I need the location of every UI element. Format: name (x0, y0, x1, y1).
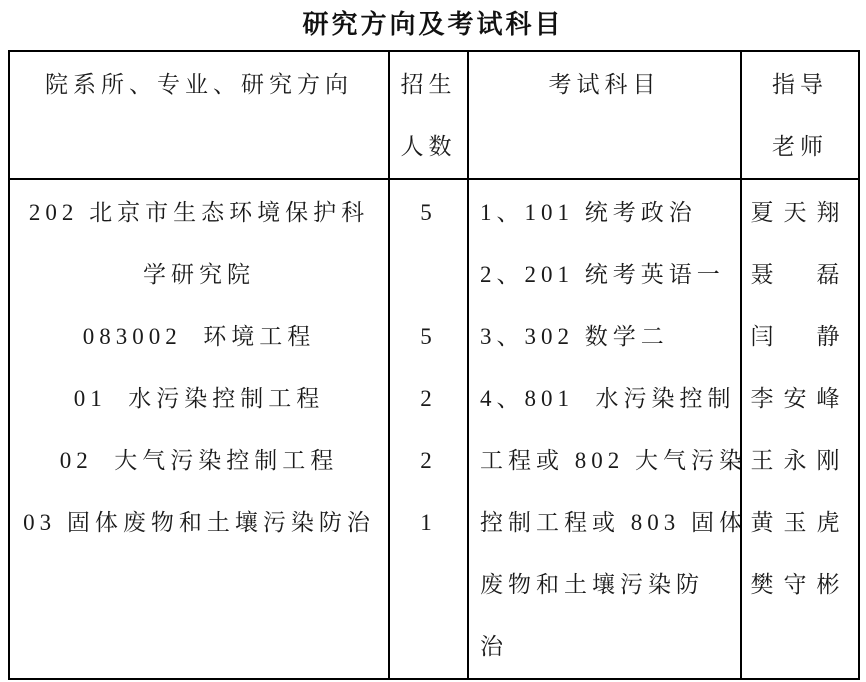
table-body-row: 202 北京市生态环境保护科 学研究院 083002 环境工程 01 水污染控制… (9, 179, 859, 679)
advisor-name: 李安峰 (742, 368, 858, 430)
program-line: 01 水污染控制工程 (10, 368, 388, 430)
header-advisors-label-line2: 老师 (742, 116, 858, 178)
document-page: 研究方向及考试科目 院系所、专业、研究方向 招生 人数 考试科目 指导 老师 (0, 0, 866, 682)
quota-value: 1 (390, 492, 467, 554)
subject-line: 2、201 统考英语一 (469, 244, 740, 306)
quota-value (390, 244, 467, 306)
subject-line: 3、302 数学二 (469, 306, 740, 368)
program-line: 02 大气污染控制工程 (10, 430, 388, 492)
page-title: 研究方向及考试科目 (0, 4, 866, 41)
body-cell-programs: 202 北京市生态环境保护科 学研究院 083002 环境工程 01 水污染控制… (9, 179, 389, 679)
advisor-name: 聂 磊 (742, 244, 858, 306)
quota-value: 2 (390, 368, 467, 430)
program-line: 03 固体废物和土壤污染防治 (10, 492, 388, 554)
quota-value: 5 (390, 182, 467, 244)
table-header-row: 院系所、专业、研究方向 招生 人数 考试科目 指导 老师 (9, 51, 859, 179)
header-cell-quota: 招生 人数 (389, 51, 468, 179)
program-line: 学研究院 (10, 244, 388, 306)
body-cell-subjects: 1、101 统考政治 2、201 统考英语一 3、302 数学二 4、801 水… (468, 179, 741, 679)
program-line: 083002 环境工程 (10, 306, 388, 368)
subject-line: 废物和土壤污染防 (469, 554, 740, 616)
header-cell-programs: 院系所、专业、研究方向 (9, 51, 389, 179)
subject-line: 控制工程或 803 固体 (469, 492, 740, 554)
advisor-name: 闫 静 (742, 306, 858, 368)
quota-value: 5 (390, 306, 467, 368)
header-subjects-label: 考试科目 (469, 54, 740, 116)
subject-line: 1、101 统考政治 (469, 182, 740, 244)
program-line: 202 北京市生态环境保护科 (10, 182, 388, 244)
body-cell-quota: 5 5 2 2 1 (389, 179, 468, 679)
advisor-name: 樊守彬 (742, 554, 858, 616)
header-cell-subjects: 考试科目 (468, 51, 741, 179)
advisor-name: 王永刚 (742, 430, 858, 492)
subject-line: 4、801 水污染控制 (469, 368, 740, 430)
header-quota-label-line2: 人数 (390, 116, 467, 178)
research-directions-table: 院系所、专业、研究方向 招生 人数 考试科目 指导 老师 202 北京市生态环境… (8, 50, 860, 680)
advisor-name: 夏天翔 (742, 182, 858, 244)
header-programs-label: 院系所、专业、研究方向 (10, 54, 388, 116)
header-quota-label-line1: 招生 (390, 54, 467, 116)
subject-line: 治 (469, 616, 740, 678)
body-cell-advisors: 夏天翔 聂 磊 闫 静 李安峰 王永刚 黄玉虎 樊守彬 (741, 179, 859, 679)
subject-line: 工程或 802 大气污染 (469, 430, 740, 492)
header-cell-advisors: 指导 老师 (741, 51, 859, 179)
advisor-name: 黄玉虎 (742, 492, 858, 554)
header-advisors-label-line1: 指导 (742, 54, 858, 116)
quota-value: 2 (390, 430, 467, 492)
